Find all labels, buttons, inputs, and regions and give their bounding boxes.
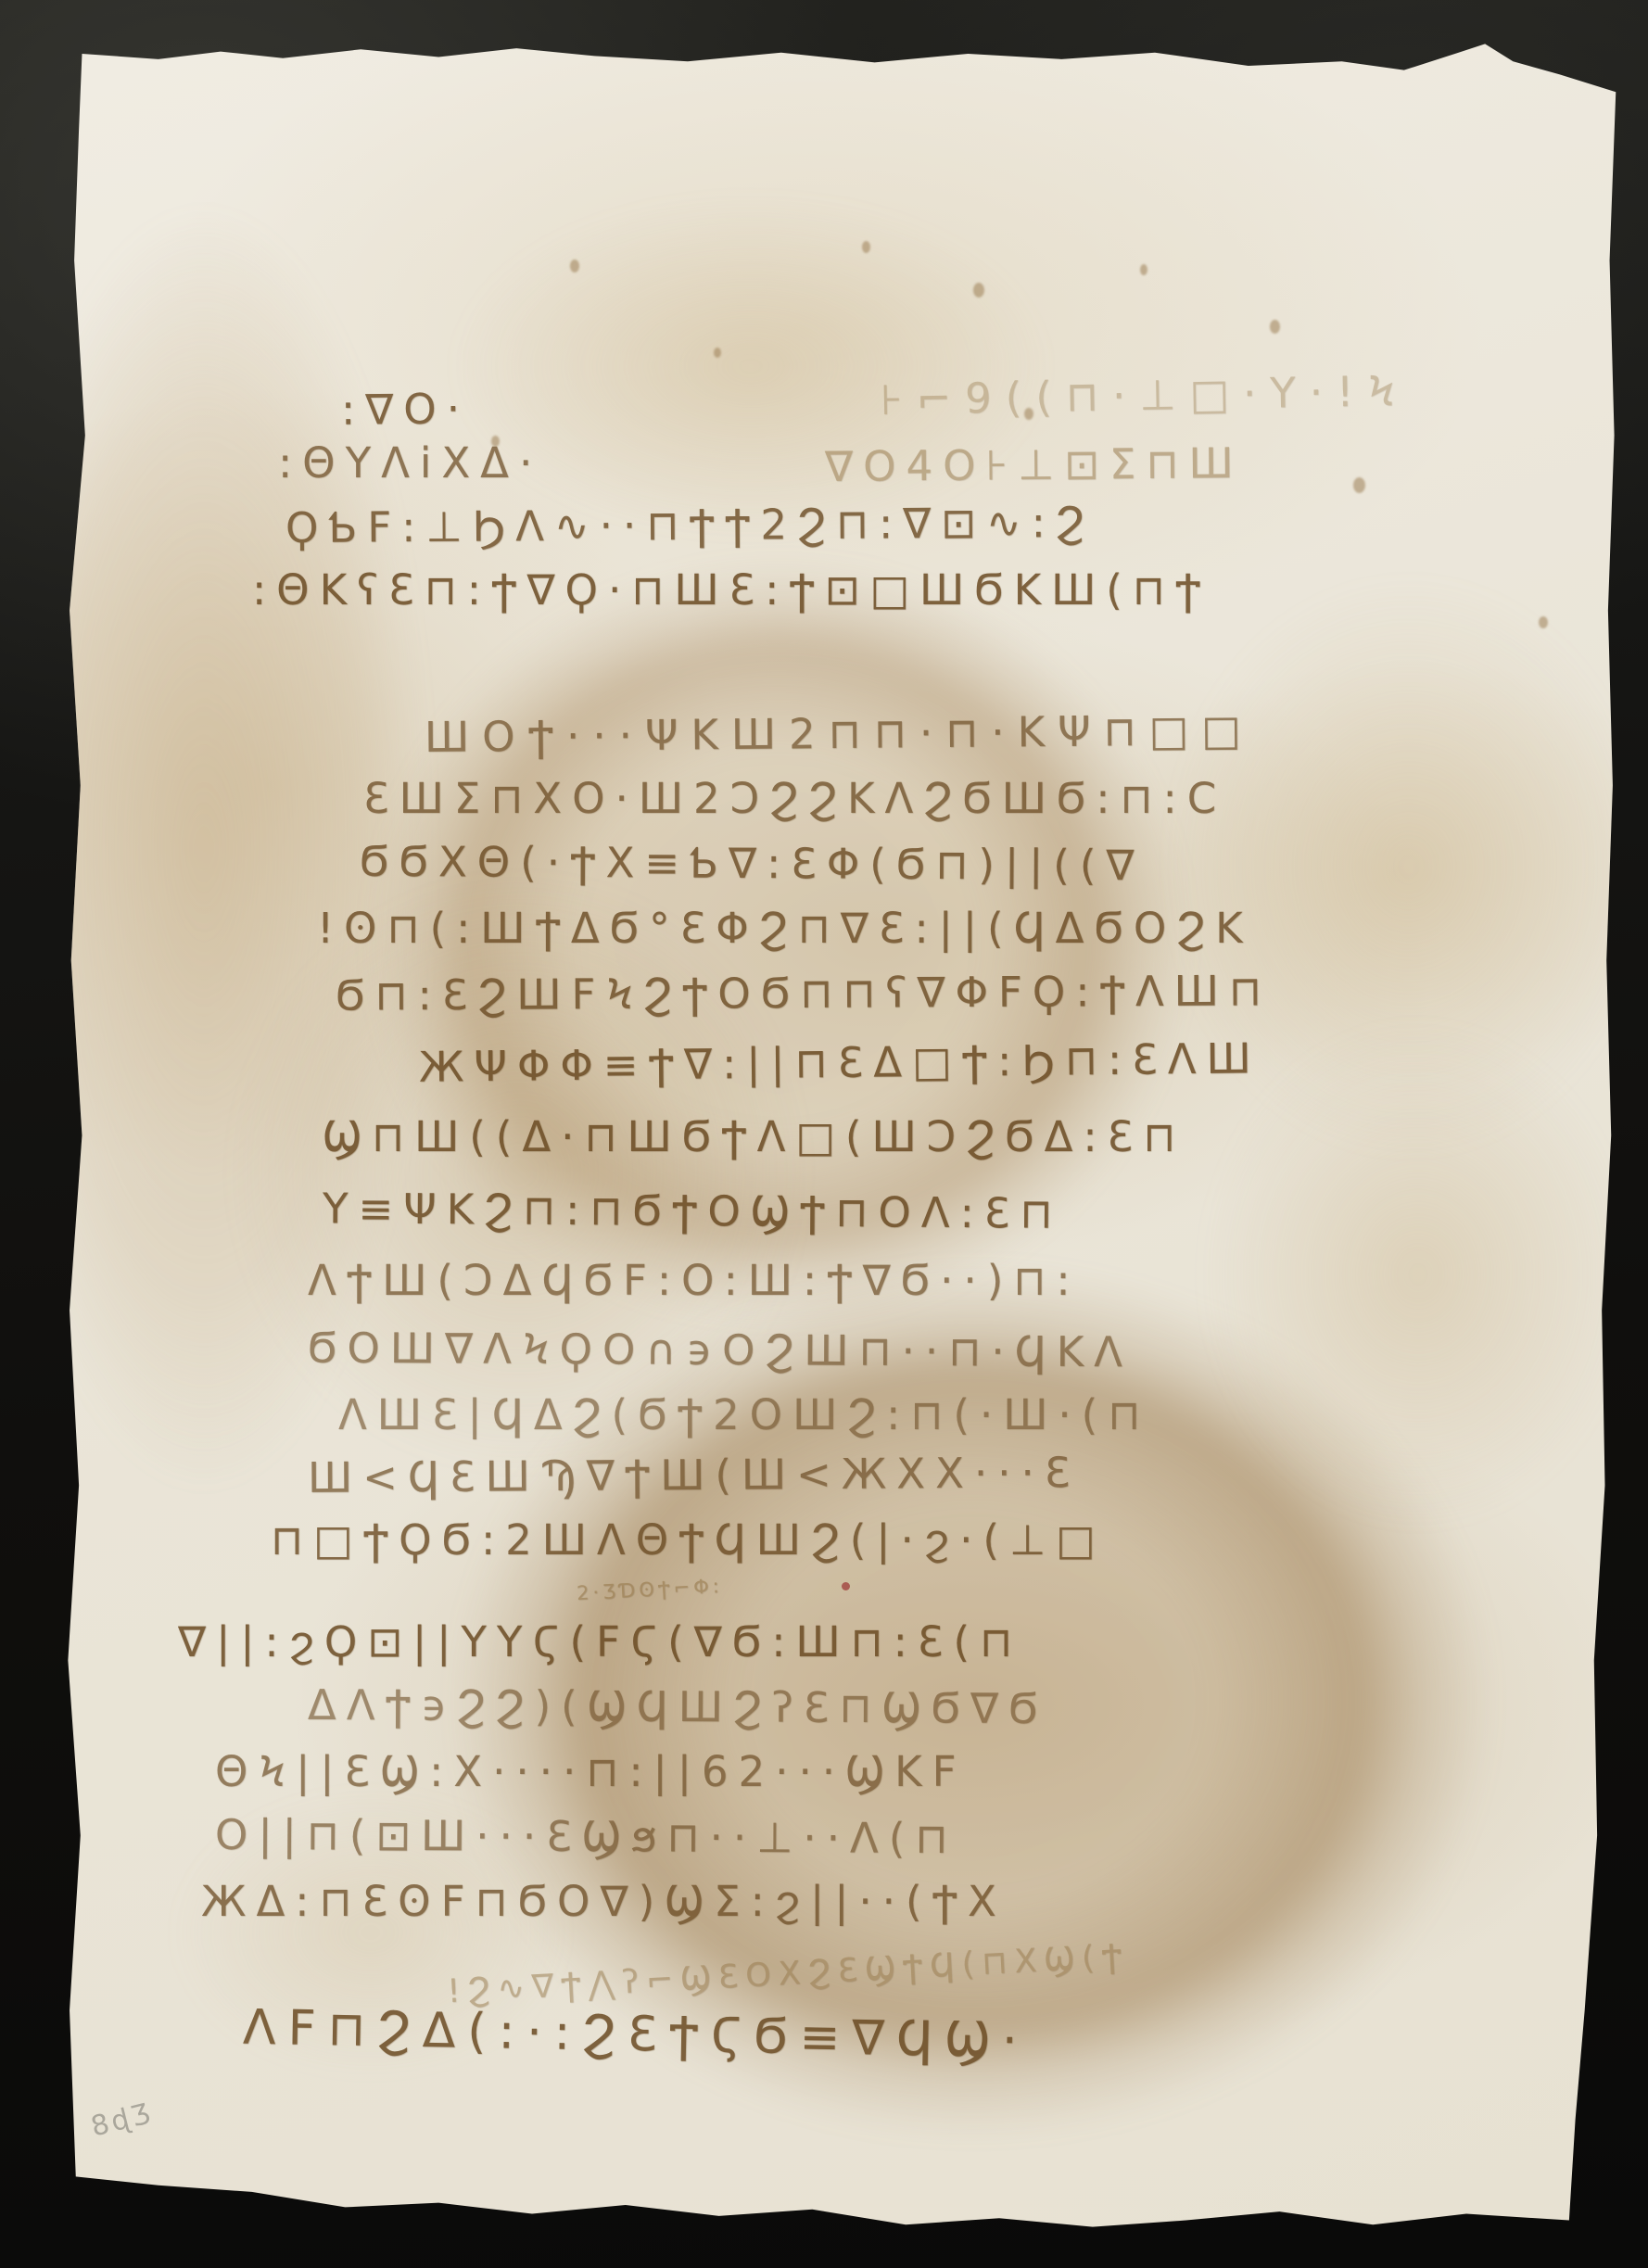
ink-speck	[973, 283, 984, 298]
script-line: ∇O4O⊦⊥⊡Σ⊓Ш	[825, 438, 1244, 491]
script-line: Υ≡ΨΚϨ⊓:⊓ϬϮOϢϮ⊓OΛ:Ɛ⊓	[323, 1184, 1063, 1238]
script-line: ΛШƐ|ϤΔϨ(ϬϮ2OШϨ:⊓(·Ш·(⊓	[338, 1390, 1150, 1439]
script-line: ШOϮ···ΨΚШ2⊓⊓·⊓·ΚΨ⊓□□	[425, 705, 1254, 762]
script-line: ϘƄϜ:⊥ϦΛ∿··⊓ϮϮ2Ϩ⊓:∇⊡∿:Ϩ	[285, 498, 1095, 552]
script-line: Ϣ⊓Ш((Δ·⊓ШϬϮΛ□(ШƆϨϬΔ:Ɛ⊓	[323, 1112, 1185, 1161]
script-line: ΔΛϮ϶ϨϨ)(ϢϤШϨʔƐ⊓ϢϬ∇Ϭ	[308, 1680, 1048, 1733]
script-line: ЖΨΦΦ≡Ϯ∇:||⊓ƐΔ□Ϯ:Ϧ⊓:ƐΛШ	[419, 1033, 1261, 1092]
stain-mid-left	[232, 876, 806, 1469]
ink-speck	[714, 348, 721, 358]
script-line: O||⊓(⊡Ш···ƐϢϧ⊓··⊥··Λ(⊓	[215, 1810, 958, 1863]
script-line: :∇O·	[341, 384, 471, 434]
script-line: ƐШΣ⊓ΧO·Ш2ƆϨϨΚΛϨϬШϬ:⊓:Ϲ	[363, 774, 1226, 823]
script-line: ⊓□ϮϘϬ:2ШΛΘϮϤШϨ(|·ϩ·(⊥□	[271, 1515, 1106, 1565]
script-line-colophon: ΛϜ⊓ϨΔ(:·:ϨƐϮϚϬ≡∇ϤϢ·	[243, 2000, 1030, 2070]
ink-speck	[570, 260, 579, 272]
script-line: Ϭ⊓:ƐϨШϜϞϨϮOϬ⊓⊓ʕ∇ΦϜϘ:ϮΛШ⊓	[336, 966, 1272, 1020]
script-line: :ΘΚʕƐ⊓:Ϯ∇Ϙ·⊓ШƐ:Ϯ⊡□ШϬΚШ(⊓Ϯ	[252, 565, 1211, 615]
script-line: ∇||:ϩϘ⊡||ΥΥϚ(ϜϚ(∇Ϭ:Ш⊓:Ɛ(⊓	[178, 1617, 1022, 1666]
ink-speck	[1353, 477, 1365, 493]
script-line: ⊦⌐9((⊓·⊥□·Y·!Ϟ	[881, 366, 1410, 424]
script-line: !ʘ⊓(:ШϮΔϬ°ƐΦϨ⊓∇Ɛ:||(ϤΔϬOϨΚ	[317, 904, 1253, 953]
ink-speck	[862, 241, 870, 253]
script-line: :ΘYΛiXΔ·	[278, 438, 542, 488]
ink-speck	[1539, 616, 1548, 628]
pencil-inscription: 8ɖƷ	[88, 2097, 157, 2143]
stain-right-lower	[1205, 1024, 1631, 1525]
script-line: ΛϮШ(ƆΔϤϬϜ:O:Ш:Ϯ∇Ϭ··)⊓:	[308, 1256, 1081, 1305]
script-line: ΘϞ||ƐϢ:Χ····⊓:||62···ϢΚϜ	[215, 1747, 966, 1796]
interline-note: 2·ƷƊʘϮ⌐Φ:	[576, 1575, 723, 1604]
script-line: ϬOШ∇ΛϞϘO∩϶OϨШ⊓··⊓·ϤΚΛ	[308, 1324, 1133, 1377]
red-fleck	[842, 1582, 850, 1590]
script-line: ЖΔ:⊓ƐʘϜ⊓ϬO∇)ϢΣ:ϩ||··(ϮΧ	[201, 1877, 1007, 1926]
paper-sheet: :∇O· ⊦⌐9((⊓·⊥□·Y·!Ϟ :ΘYΛiXΔ· ∇O4O⊦⊥⊡Σ⊓Ш …	[65, 42, 1622, 2229]
ink-speck	[1140, 264, 1147, 275]
script-line: Ш<ϤƐШϠ∇ϮШ(Ш<ЖΧΧ···Ɛ	[308, 1448, 1081, 1502]
script-line: ϬϬΧΘ(·ϮΧ≡Ƅ∇:ƐΦ(Ϭ⊓)||((∇	[360, 837, 1145, 890]
ink-speck	[1270, 320, 1280, 334]
photo-backdrop: :∇O· ⊦⌐9((⊓·⊥□·Y·!Ϟ :ΘYΛiXΔ· ∇O4O⊦⊥⊡Σ⊓Ш …	[0, 0, 1648, 2268]
script-line-tilted: !Ϩ∿∇Ϯ⋀ʔ⌐ϢƐOΧϨƐϢϮϤ(⊓ΧϢ(Ϯ	[446, 1938, 1130, 2010]
